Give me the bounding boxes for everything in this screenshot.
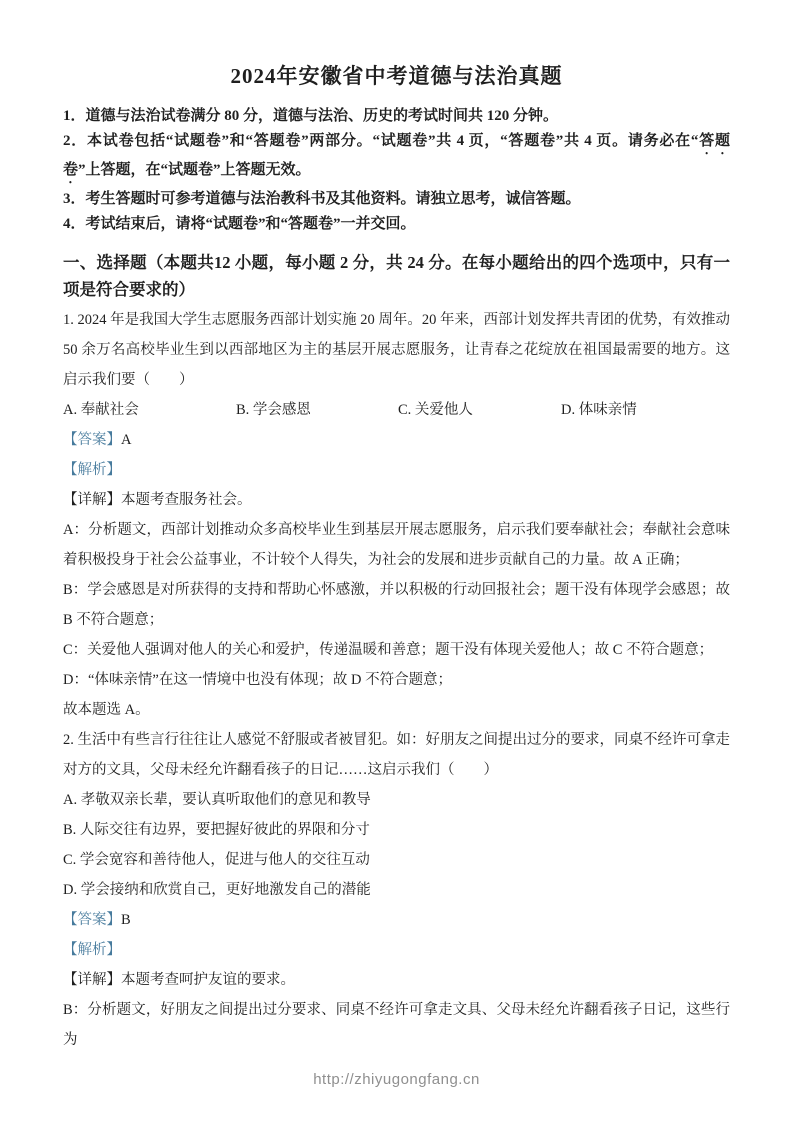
instruction-item-4: 4．考试结束后，请将“试题卷”和“答题卷”一并交回。	[63, 212, 730, 237]
question-2-option-a: A. 孝敬双亲长辈，要认真听取他们的意见和教导	[63, 785, 730, 815]
page-title: 2024年安徽省中考道德与法治真题	[63, 62, 730, 90]
exam-document-page: 2024年安徽省中考道德与法治真题 1．道德与法治试卷满分 80 分，道德与法治…	[0, 0, 793, 1122]
instruction-item-2-post: ”上答题，在“试题卷”上答题无效。	[78, 162, 311, 178]
instruction-item-3: 3．考生答题时可参考道德与法治教科书及其他资料。请独立思考，诚信答题。	[63, 187, 730, 212]
instruction-item-2-pre: 2．本试卷包括“试题卷”和“答题卷”两部分。“试题卷”共 4 页，“答题卷”共 …	[63, 133, 698, 149]
question-2-option-c: C. 学会宽容和善待他人，促进与他人的交往互动	[63, 845, 730, 875]
question-2-option-d: D. 学会接纳和欣赏自己，更好地激发自己的潜能	[63, 875, 730, 905]
exam-instructions: 1．道德与法治试卷满分 80 分，道德与法治、历史的考试时间共 120 分钟。 …	[63, 104, 730, 237]
question-1-option-b: B. 学会感恩	[236, 395, 398, 425]
question-1-detail-b: B：学会感恩是对所获得的支持和帮助心怀感激，并以积极的行动回报社会；题干没有体现…	[63, 575, 730, 635]
question-1-block: 1. 2024 年是我国大学生志愿服务西部计划实施 20 周年。20 年来，西部…	[63, 305, 730, 725]
question-1-options: A. 奉献社会 B. 学会感恩 C. 关爱他人 D. 体味亲情	[63, 395, 730, 425]
question-1-detail-intro-text: 本题考查服务社会。	[121, 492, 252, 508]
detail-label: 【详解】	[63, 972, 121, 988]
instruction-item-2: 2．本试卷包括“试题卷”和“答题卷”两部分。“试题卷”共 4 页，“答题卷”共 …	[63, 129, 730, 187]
detail-label: 【详解】	[63, 492, 121, 508]
question-2-block: 2. 生活中有些言行往往让人感觉不舒服或者被冒犯。如：好朋友之间提出过分的要求，…	[63, 725, 730, 1055]
question-1-option-c: C. 关爱他人	[398, 395, 561, 425]
question-2-answer-value: B	[121, 912, 131, 928]
question-1-option-d: D. 体味亲情	[561, 395, 730, 425]
question-1-answer-line: 【答案】A	[63, 425, 730, 455]
question-2-analysis-line: 【解析】	[63, 935, 730, 965]
question-1-detail-intro: 【详解】本题考查服务社会。	[63, 485, 730, 515]
question-2-answer-line: 【答案】B	[63, 905, 730, 935]
question-2-detail-intro: 【详解】本题考查呵护友谊的要求。	[63, 965, 730, 995]
analysis-label: 【解析】	[63, 942, 121, 958]
instruction-item-1: 1．道德与法治试卷满分 80 分，道德与法治、历史的考试时间共 120 分钟。	[63, 104, 730, 129]
question-2-stem: 2. 生活中有些言行往往让人感觉不舒服或者被冒犯。如：好朋友之间提出过分的要求，…	[63, 725, 730, 785]
question-1-conclusion: 故本题选 A。	[63, 695, 730, 725]
question-1-detail-a: A：分析题文，西部计划推动众多高校毕业生到基层开展志愿服务，启示我们要奉献社会；…	[63, 515, 730, 575]
answer-label: 【答案】	[63, 432, 121, 448]
question-1-answer-value: A	[121, 432, 131, 448]
question-2-option-b: B. 人际交往有边界，要把握好彼此的界限和分寸	[63, 815, 730, 845]
section-heading-multiple-choice: 一、选择题（本题共12 小题，每小题 2 分，共 24 分。在每小题给出的四个选…	[63, 249, 730, 303]
question-2-detail-intro-text: 本题考查呵护友谊的要求。	[121, 972, 295, 988]
question-1-detail-c: C：关爱他人强调对他人的关心和爱护，传递温暖和善意；题干没有体现关爱他人；故 C…	[63, 635, 730, 665]
analysis-label: 【解析】	[63, 462, 121, 478]
answer-label: 【答案】	[63, 912, 121, 928]
question-1-stem: 1. 2024 年是我国大学生志愿服务西部计划实施 20 周年。20 年来，西部…	[63, 305, 730, 395]
question-2-detail-b: B：分析题文，好朋友之间提出过分要求、同桌不经许可拿走文具、父母未经允许翻看孩子…	[63, 995, 730, 1055]
footer-url[interactable]: http://zhiyugongfang.cn	[0, 1071, 793, 1088]
question-1-detail-d: D：“体味亲情”在这一情境中也没有体现；故 D 不符合题意；	[63, 665, 730, 695]
question-1-option-a: A. 奉献社会	[63, 395, 236, 425]
question-1-analysis-line: 【解析】	[63, 455, 730, 485]
